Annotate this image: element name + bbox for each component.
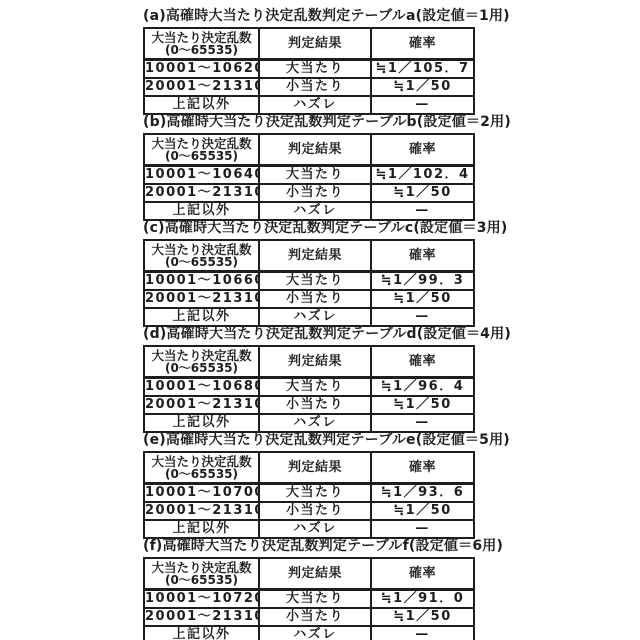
header-range-label: 大当たり決定乱数 (145, 455, 258, 468)
table-title: (b)高確時大当たり決定乱数判定テーブルb(設定値＝2用) (143, 114, 640, 130)
header-judgment-result: 判定結果 (259, 452, 371, 484)
header-judgment-result: 判定結果 (259, 346, 371, 378)
header-random-range: 大当たり決定乱数 (0～65535) (144, 28, 259, 60)
header-range-sublabel: (0～65535) (145, 256, 258, 269)
table-block: (d)高確時大当たり決定乱数判定テーブルd(設定値＝4用) 大当たり決定乱数 (… (143, 326, 640, 432)
table-row: 上記以外 ハズレ — (144, 520, 474, 538)
cell-probability: ≒1／93．6 (371, 484, 474, 503)
cell-probability: ≒1／50 (371, 290, 474, 308)
cell-result: ハズレ (259, 96, 371, 114)
table-block: (e)高確時大当たり決定乱数判定テーブルe(設定値＝5用) 大当たり決定乱数 (… (143, 432, 640, 538)
header-range-label: 大当たり決定乱数 (145, 137, 258, 150)
table-block: (b)高確時大当たり決定乱数判定テーブルb(設定値＝2用) 大当たり決定乱数 (… (143, 114, 640, 220)
cell-range: 上記以外 (144, 626, 259, 640)
cell-probability: — (371, 520, 474, 538)
cell-range: 上記以外 (144, 96, 259, 114)
tables-column: (a)高確時大当たり決定乱数判定テーブルa(設定値＝1用) 大当たり決定乱数 (… (0, 0, 640, 640)
header-probability: 確率 (371, 558, 474, 590)
header-judgment-result: 判定結果 (259, 558, 371, 590)
header-judgment-result: 判定結果 (259, 28, 371, 60)
cell-result: 大当たり (259, 166, 371, 185)
header-range-label: 大当たり決定乱数 (145, 31, 258, 44)
cell-probability: — (371, 202, 474, 220)
header-range-sublabel: (0～65535) (145, 574, 258, 587)
table-row: 10001～10680 大当たり ≒1／96．4 (144, 378, 474, 397)
table-row: 20001～21310 小当たり ≒1／50 (144, 396, 474, 414)
cell-range: 10001～10720 (144, 590, 259, 609)
header-range-sublabel: (0～65535) (145, 150, 258, 163)
header-probability: 確率 (371, 452, 474, 484)
header-random-range: 大当たり決定乱数 (0～65535) (144, 240, 259, 272)
header-row: 大当たり決定乱数 (0～65535) 判定結果 確率 (144, 346, 474, 378)
judgment-table: 大当たり決定乱数 (0～65535) 判定結果 確率 10001～10720 大… (143, 557, 475, 640)
cell-probability: ≒1／91．0 (371, 590, 474, 609)
cell-probability: ≒1／50 (371, 608, 474, 626)
header-range-label: 大当たり決定乱数 (145, 349, 258, 362)
table-row: 上記以外 ハズレ — (144, 308, 474, 326)
cell-result: ハズレ (259, 308, 371, 326)
header-random-range: 大当たり決定乱数 (0～65535) (144, 558, 259, 590)
document-page: (a)高確時大当たり決定乱数判定テーブルa(設定値＝1用) 大当たり決定乱数 (… (0, 0, 640, 640)
header-range-sublabel: (0～65535) (145, 362, 258, 375)
cell-range: 20001～21310 (144, 290, 259, 308)
cell-probability: ≒1／50 (371, 184, 474, 202)
cell-result: 小当たり (259, 396, 371, 414)
table-row: 20001～21310 小当たり ≒1／50 (144, 184, 474, 202)
header-range-label: 大当たり決定乱数 (145, 243, 258, 256)
table-row: 上記以外 ハズレ — (144, 96, 474, 114)
cell-result: 大当たり (259, 590, 371, 609)
cell-probability: ≒1／50 (371, 396, 474, 414)
judgment-table: 大当たり決定乱数 (0～65535) 判定結果 確率 10001～10660 大… (143, 239, 475, 327)
cell-result: 小当たり (259, 290, 371, 308)
cell-range: 上記以外 (144, 202, 259, 220)
cell-range: 10001～10620 (144, 60, 259, 79)
cell-range: 上記以外 (144, 414, 259, 432)
table-title: (a)高確時大当たり決定乱数判定テーブルa(設定値＝1用) (143, 8, 640, 24)
judgment-table: 大当たり決定乱数 (0～65535) 判定結果 確率 10001～10620 大… (143, 27, 475, 115)
cell-range: 上記以外 (144, 520, 259, 538)
header-range-label: 大当たり決定乱数 (145, 561, 258, 574)
cell-result: 小当たり (259, 184, 371, 202)
table-row: 10001～10660 大当たり ≒1／99．3 (144, 272, 474, 291)
cell-range: 10001～10660 (144, 272, 259, 291)
cell-range: 10001～10640 (144, 166, 259, 185)
header-row: 大当たり決定乱数 (0～65535) 判定結果 確率 (144, 134, 474, 166)
header-row: 大当たり決定乱数 (0～65535) 判定結果 確率 (144, 28, 474, 60)
header-probability: 確率 (371, 134, 474, 166)
table-row: 20001～21310 小当たり ≒1／50 (144, 608, 474, 626)
header-probability: 確率 (371, 240, 474, 272)
cell-result: ハズレ (259, 202, 371, 220)
header-row: 大当たり決定乱数 (0～65535) 判定結果 確率 (144, 240, 474, 272)
table-row: 20001～21310 小当たり ≒1／50 (144, 78, 474, 96)
cell-range: 20001～21310 (144, 608, 259, 626)
header-range-sublabel: (0～65535) (145, 44, 258, 57)
table-block: (c)高確時大当たり決定乱数判定テーブルc(設定値＝3用) 大当たり決定乱数 (… (143, 220, 640, 326)
cell-range: 20001～21310 (144, 502, 259, 520)
cell-result: 小当たり (259, 502, 371, 520)
cell-probability: ≒1／50 (371, 78, 474, 96)
header-judgment-result: 判定結果 (259, 240, 371, 272)
cell-result: 大当たり (259, 378, 371, 397)
judgment-table: 大当たり決定乱数 (0～65535) 判定結果 確率 10001～10700 大… (143, 451, 475, 539)
cell-probability: — (371, 308, 474, 326)
cell-probability: — (371, 626, 474, 640)
cell-result: 小当たり (259, 608, 371, 626)
header-range-sublabel: (0～65535) (145, 468, 258, 481)
cell-probability: ≒1／102．4 (371, 166, 474, 185)
header-random-range: 大当たり決定乱数 (0～65535) (144, 346, 259, 378)
table-row: 上記以外 ハズレ — (144, 414, 474, 432)
cell-result: ハズレ (259, 626, 371, 640)
table-title: (c)高確時大当たり決定乱数判定テーブルc(設定値＝3用) (143, 220, 640, 236)
header-probability: 確率 (371, 28, 474, 60)
cell-result: 大当たり (259, 272, 371, 291)
table-title: (e)高確時大当たり決定乱数判定テーブルe(設定値＝5用) (143, 432, 640, 448)
table-row: 10001～10620 大当たり ≒1／105．7 (144, 60, 474, 79)
cell-range: 20001～21310 (144, 78, 259, 96)
table-block: (a)高確時大当たり決定乱数判定テーブルa(設定値＝1用) 大当たり決定乱数 (… (143, 8, 640, 114)
table-row: 20001～21310 小当たり ≒1／50 (144, 502, 474, 520)
table-row: 10001～10640 大当たり ≒1／102．4 (144, 166, 474, 185)
cell-probability: ≒1／99．3 (371, 272, 474, 291)
judgment-table: 大当たり決定乱数 (0～65535) 判定結果 確率 10001～10640 大… (143, 133, 475, 221)
cell-result: 大当たり (259, 60, 371, 79)
header-row: 大当たり決定乱数 (0～65535) 判定結果 確率 (144, 558, 474, 590)
header-judgment-result: 判定結果 (259, 134, 371, 166)
judgment-table: 大当たり決定乱数 (0～65535) 判定結果 確率 10001～10680 大… (143, 345, 475, 433)
header-probability: 確率 (371, 346, 474, 378)
cell-result: 小当たり (259, 78, 371, 96)
table-row: 10001～10720 大当たり ≒1／91．0 (144, 590, 474, 609)
cell-range: 10001～10680 (144, 378, 259, 397)
cell-result: ハズレ (259, 414, 371, 432)
table-block: (f)高確時大当たり決定乱数判定テーブルf(設定値＝6用) 大当たり決定乱数 (… (143, 538, 640, 640)
header-row: 大当たり決定乱数 (0～65535) 判定結果 確率 (144, 452, 474, 484)
table-row: 10001～10700 大当たり ≒1／93．6 (144, 484, 474, 503)
cell-range: 20001～21310 (144, 184, 259, 202)
cell-range: 上記以外 (144, 308, 259, 326)
header-random-range: 大当たり決定乱数 (0～65535) (144, 134, 259, 166)
cell-result: 大当たり (259, 484, 371, 503)
table-title: (f)高確時大当たり決定乱数判定テーブルf(設定値＝6用) (143, 538, 640, 554)
table-row: 上記以外 ハズレ — (144, 202, 474, 220)
table-row: 20001～21310 小当たり ≒1／50 (144, 290, 474, 308)
table-title: (d)高確時大当たり決定乱数判定テーブルd(設定値＝4用) (143, 326, 640, 342)
cell-probability: — (371, 96, 474, 114)
cell-probability: ≒1／96．4 (371, 378, 474, 397)
cell-result: ハズレ (259, 520, 371, 538)
cell-range: 20001～21310 (144, 396, 259, 414)
header-random-range: 大当たり決定乱数 (0～65535) (144, 452, 259, 484)
cell-probability: ≒1／50 (371, 502, 474, 520)
cell-probability: ≒1／105．7 (371, 60, 474, 79)
cell-range: 10001～10700 (144, 484, 259, 503)
cell-probability: — (371, 414, 474, 432)
table-row: 上記以外 ハズレ — (144, 626, 474, 640)
